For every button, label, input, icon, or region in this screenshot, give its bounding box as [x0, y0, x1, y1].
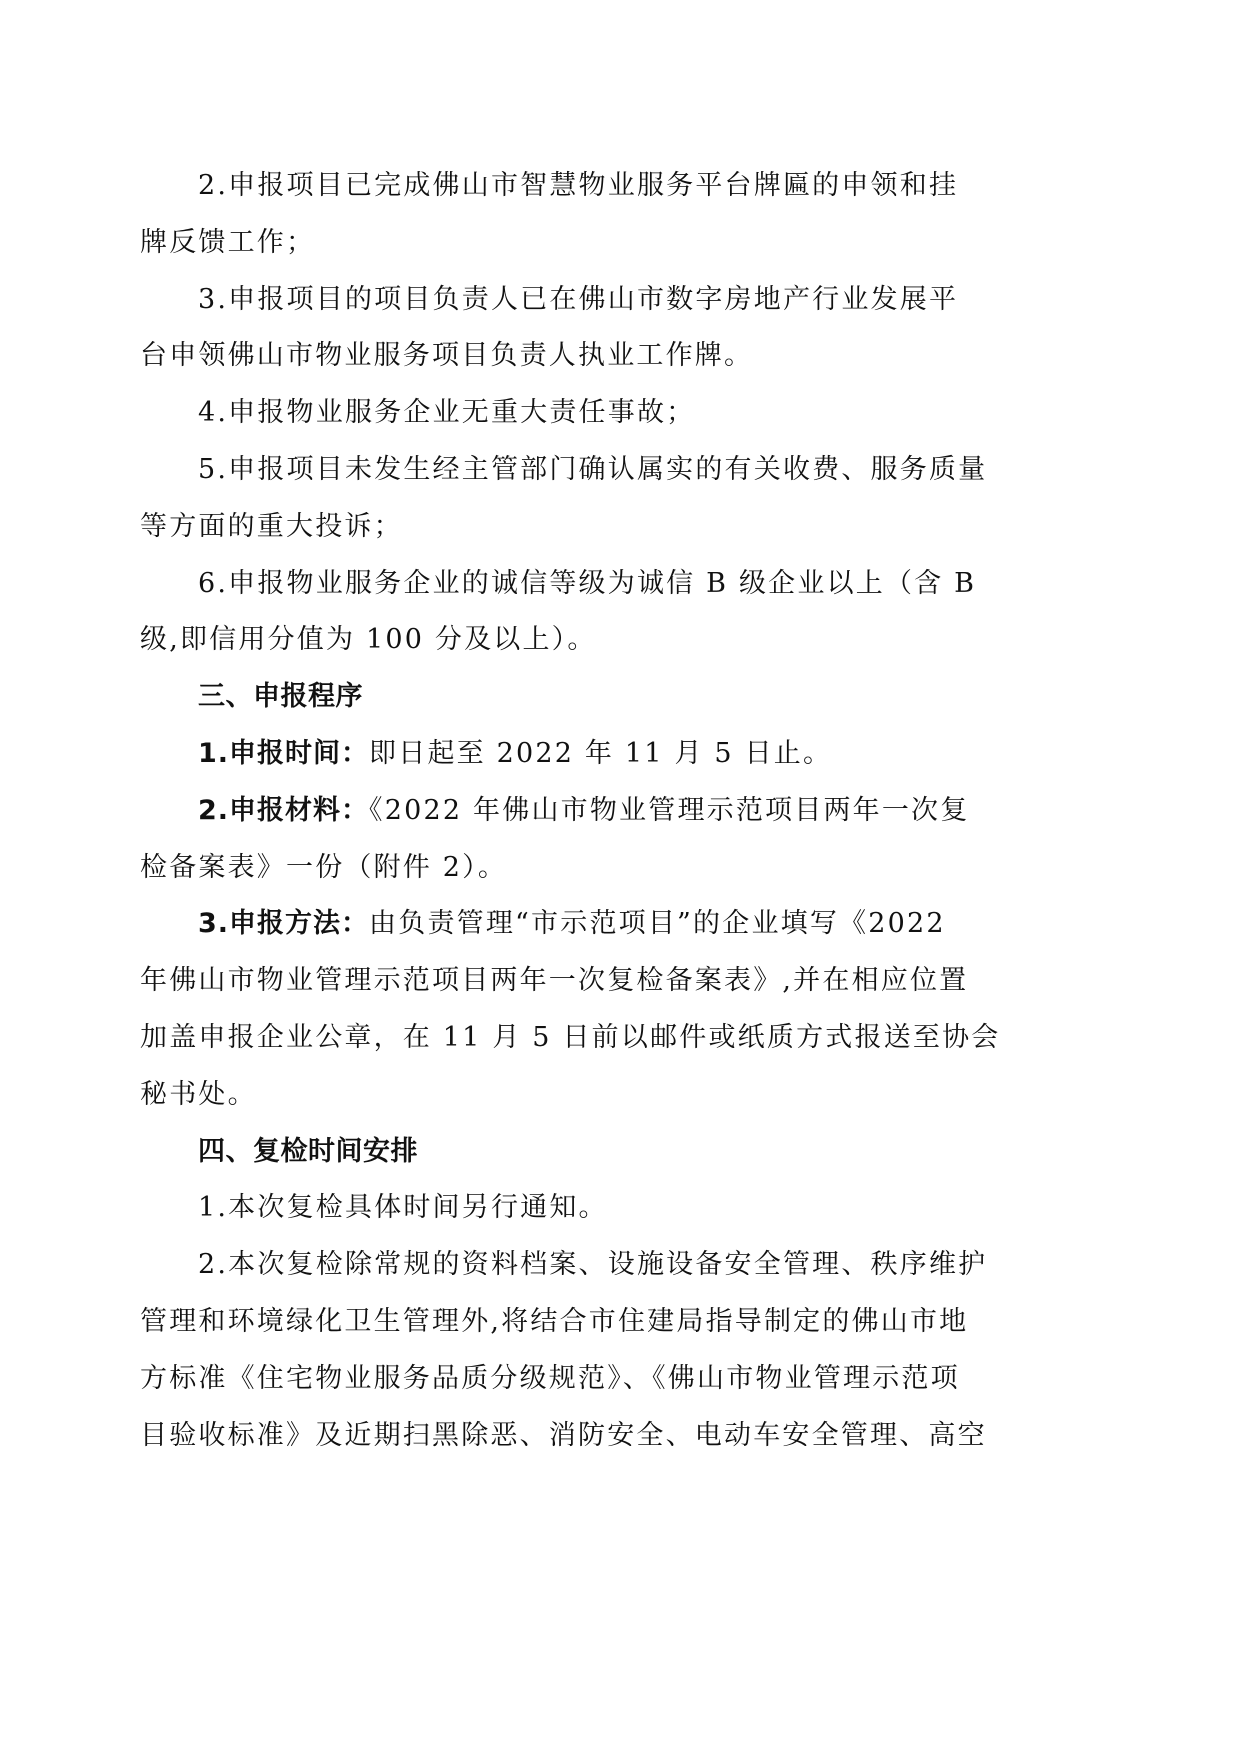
paragraph-line: 管理和环境绿化卫生管理外,将结合市住建局指导制定的佛山市地 — [140, 1294, 988, 1351]
paragraph-line: 2.申报项目已完成佛山市智慧物业服务平台牌匾的申领和挂 — [140, 158, 988, 215]
document-page: 2.申报项目已完成佛山市智慧物业服务平台牌匾的申领和挂 牌反馈工作； 3.申报项… — [140, 158, 988, 1464]
paragraph-line: 3.申报项目的项目负责人已在佛山市数字房地产行业发展平 — [140, 272, 988, 329]
item-lead-application-time: 1.申报时间： — [198, 738, 369, 769]
paragraph-line: 检备案表》一份（附件 2）。 — [140, 840, 988, 897]
item-lead-application-materials: 2.申报材料： — [198, 795, 369, 826]
section-heading-application-procedure: 三、申报程序 — [140, 669, 988, 726]
paragraph-line: 级,即信用分值为 100 分及以上）。 — [140, 612, 988, 669]
paragraph-line: 1.本次复检具体时间另行通知。 — [140, 1180, 988, 1237]
paragraph-line: 6.申报物业服务企业的诚信等级为诚信 B 级企业以上（含 B — [140, 556, 988, 613]
paragraph-line: 加盖申报企业公章，在 11 月 5 日前以邮件或纸质方式报送至协会 — [140, 1010, 988, 1067]
paragraph-line: 台申领佛山市物业服务项目负责人执业工作牌。 — [140, 328, 988, 385]
item-text: 即日起至 2022 年 11 月 5 日止。 — [369, 738, 832, 769]
paragraph-line: 目验收标准》及近期扫黑除恶、消防安全、电动车安全管理、高空 — [140, 1408, 988, 1465]
paragraph-line: 等方面的重大投诉； — [140, 499, 988, 556]
paragraph-line: 3.申报方法：由负责管理“市示范项目”的企业填写《2022 — [140, 896, 988, 953]
paragraph-line: 2.本次复检除常规的资料档案、设施设备安全管理、秩序维护 — [140, 1237, 988, 1294]
paragraph-line: 方标准《住宅物业服务品质分级规范》、《佛山市物业管理示范项 — [140, 1351, 988, 1408]
paragraph-line: 2.申报材料：《2022 年佛山市物业管理示范项目两年一次复 — [140, 783, 988, 840]
paragraph-line: 年佛山市物业管理示范项目两年一次复检备案表》,并在相应位置 — [140, 953, 988, 1010]
paragraph-line: 1.申报时间：即日起至 2022 年 11 月 5 日止。 — [140, 726, 988, 783]
item-text: 《2022 年佛山市物业管理示范项目两年一次复 — [369, 795, 969, 826]
section-heading-reinspection-schedule: 四、复检时间安排 — [140, 1124, 988, 1181]
paragraph-line: 牌反馈工作； — [140, 215, 988, 272]
paragraph-line: 秘书处。 — [140, 1067, 988, 1124]
item-text: 由负责管理“市示范项目”的企业填写《2022 — [369, 908, 946, 939]
paragraph-line: 4.申报物业服务企业无重大责任事故； — [140, 385, 988, 442]
paragraph-line: 5.申报项目未发生经主管部门确认属实的有关收费、服务质量 — [140, 442, 988, 499]
item-lead-application-method: 3.申报方法： — [198, 908, 369, 939]
